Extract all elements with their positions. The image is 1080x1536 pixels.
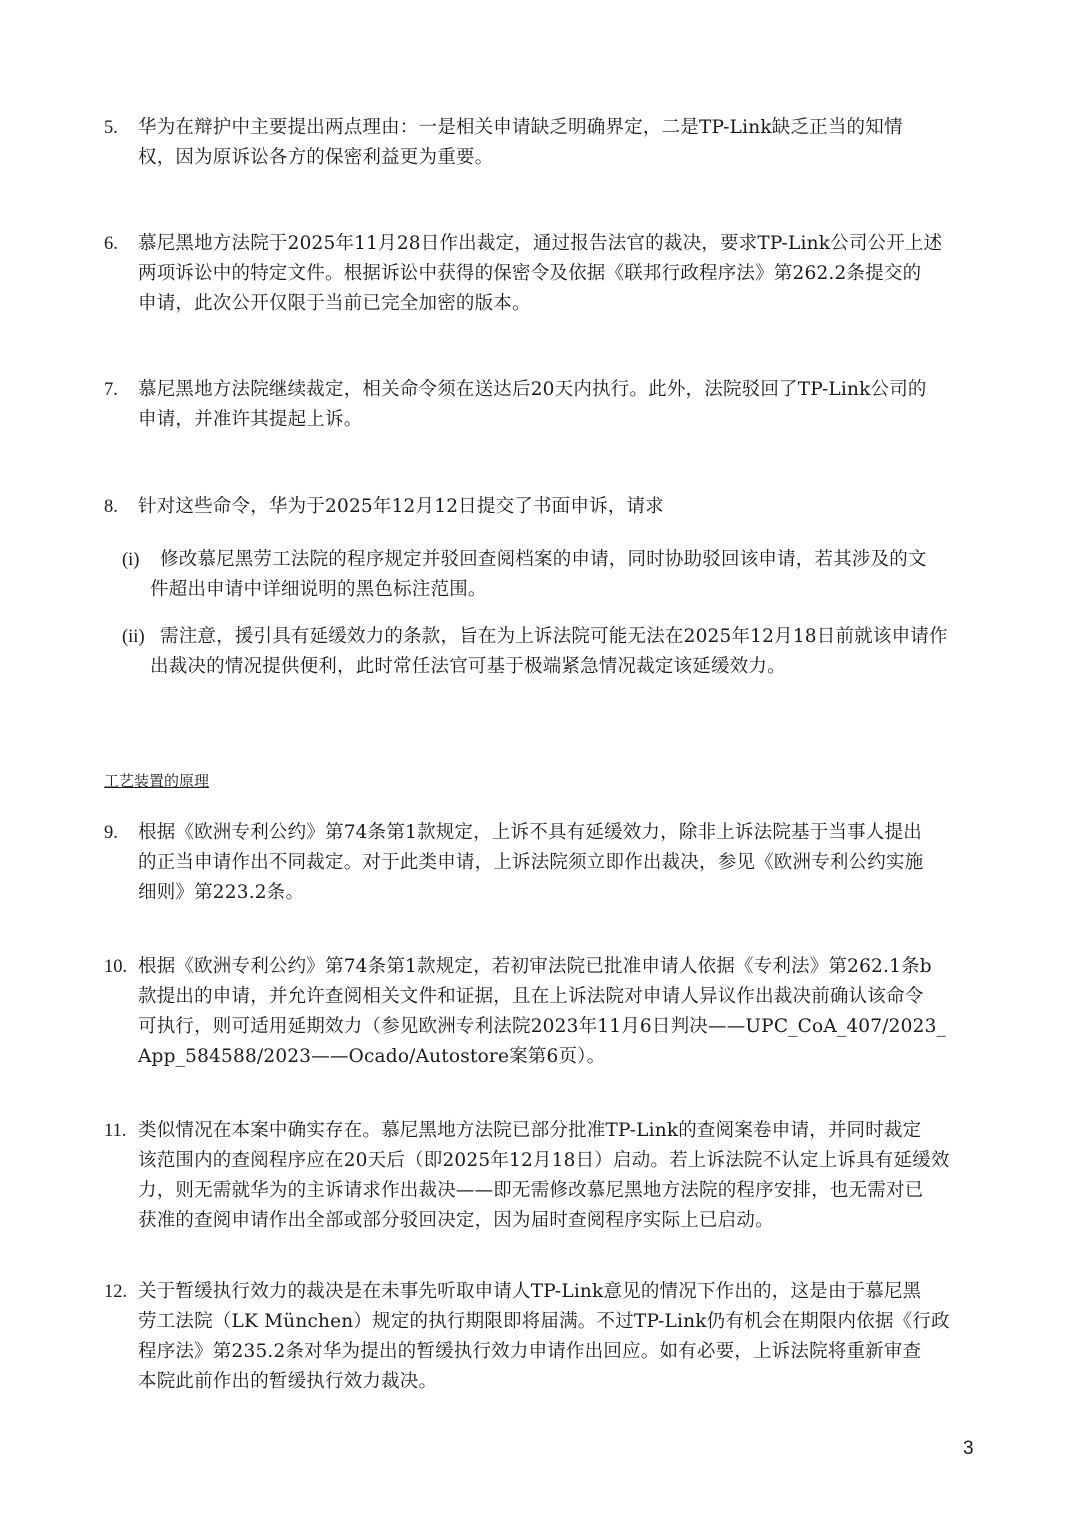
paragraph-line: 获准的查阅申请作出全部或部分驳回决定，因为届时查阅程序实际上已启动。 [138, 1206, 774, 1236]
paragraph-line: 件超出申请中详细说明的黑色标注范围。 [150, 575, 487, 605]
paragraph-line: 力，则无需就华为的主诉请求作出裁决——即无需修改慕尼黑地方法院的程序安排，也无需… [138, 1176, 923, 1206]
paragraph-line: 本院此前作出的暂缓执行效力裁决。 [138, 1367, 437, 1397]
paragraph-number: 8. [104, 492, 118, 522]
paragraph-line: 可执行，则可适用延期效力（参见欧洲专利法院2023年11月6日判决——UPC_C… [138, 1012, 946, 1042]
paragraph-number: 10. [104, 952, 127, 982]
paragraph-line: 华为在辩护中主要提出两点理由：一是相关申请缺乏明确界定，二是TP-Link缺乏正… [138, 113, 903, 143]
paragraph-line: App_584588/2023——Ocado/Autostore案第6页）。 [138, 1042, 605, 1072]
paragraph-line: 的正当申请作出不同裁定。对于此类申请，上诉法院须立即作出裁决，参见《欧洲专利公约… [138, 848, 923, 878]
paragraph-line: 根据《欧洲专利公约》第74条第1款规定，上诉不具有延缓效力，除非上诉法院基于当事… [138, 818, 922, 848]
paragraph-line: 申请，此次公开仅限于当前已完全加密的版本。 [138, 289, 531, 319]
paragraph-line: 慕尼黑地方法院于2025年11月28日作出裁定，通过报告法官的裁决，要求TP-L… [138, 229, 942, 259]
paragraph-line: 需注意，援引具有延缓效力的条款，旨在为上诉法院可能无法在2025年12月18日前… [160, 622, 948, 652]
paragraph-line: 类似情况在本案中确实存在。慕尼黑地方法院已部分批准TP-Link的查阅案卷申请，… [138, 1116, 921, 1146]
paragraph-line: 款提出的申请，并允许查阅相关文件和证据，且在上诉法院对申请人异议作出裁决前确认该… [138, 982, 923, 1012]
paragraph-line: 慕尼黑地方法院继续裁定，相关命令须在送达后20天内执行。此外，法院驳回了TP-L… [138, 375, 927, 405]
paragraph-line: 权，因为原诉讼各方的保密利益更为重要。 [138, 143, 493, 173]
paragraph-line: 申请，并准许其提起上诉。 [138, 405, 362, 435]
paragraph-line: 出裁决的情况提供便利，此时常任法官可基于极端紧急情况裁定该延缓效力。 [150, 652, 786, 682]
section-heading: 工艺装置的原理 [104, 770, 209, 792]
paragraph-line: 修改慕尼黑劳工法院的程序规定并驳回查阅档案的申请，同时协助驳回该申请，若其涉及的… [160, 545, 927, 575]
sub-item-number: (i) [122, 545, 139, 575]
paragraph-number: 11. [104, 1116, 126, 1146]
page-number: 3 [963, 1438, 974, 1460]
paragraph-line: 关于暂缓执行效力的裁决是在未事先听取申请人TP-Link意见的情况下作出的，这是… [138, 1277, 921, 1307]
paragraph-line: 根据《欧洲专利公约》第74条第1款规定，若初审法院已批准申请人依据《专利法》第2… [138, 952, 932, 982]
paragraph-number: 5. [104, 113, 118, 143]
sub-item-number: (ii) [122, 622, 145, 652]
paragraph-number: 7. [104, 375, 118, 405]
paragraph-line: 针对这些命令，华为于2025年12月12日提交了书面申诉，请求 [138, 492, 664, 522]
paragraph-number: 9. [104, 818, 118, 848]
paragraph-number: 6. [104, 229, 118, 259]
paragraph-line: 劳工法院（LK München）规定的执行期限即将届满。不过TP-Link仍有机… [138, 1307, 950, 1337]
paragraph-line: 该范围内的查阅程序应在20天后（即2025年12月18日）启动。若上诉法院不认定… [138, 1146, 950, 1176]
paragraph-line: 程序法》第235.2条对华为提出的暂缓执行效力申请作出回应。如有必要，上诉法院将… [138, 1337, 921, 1367]
paragraph-line: 细则》第223.2条。 [138, 878, 304, 908]
paragraph-number: 12. [104, 1277, 127, 1307]
paragraph-line: 两项诉讼中的特定文件。根据诉讼中获得的保密令及依据《联邦行政程序法》第262.2… [138, 259, 921, 289]
